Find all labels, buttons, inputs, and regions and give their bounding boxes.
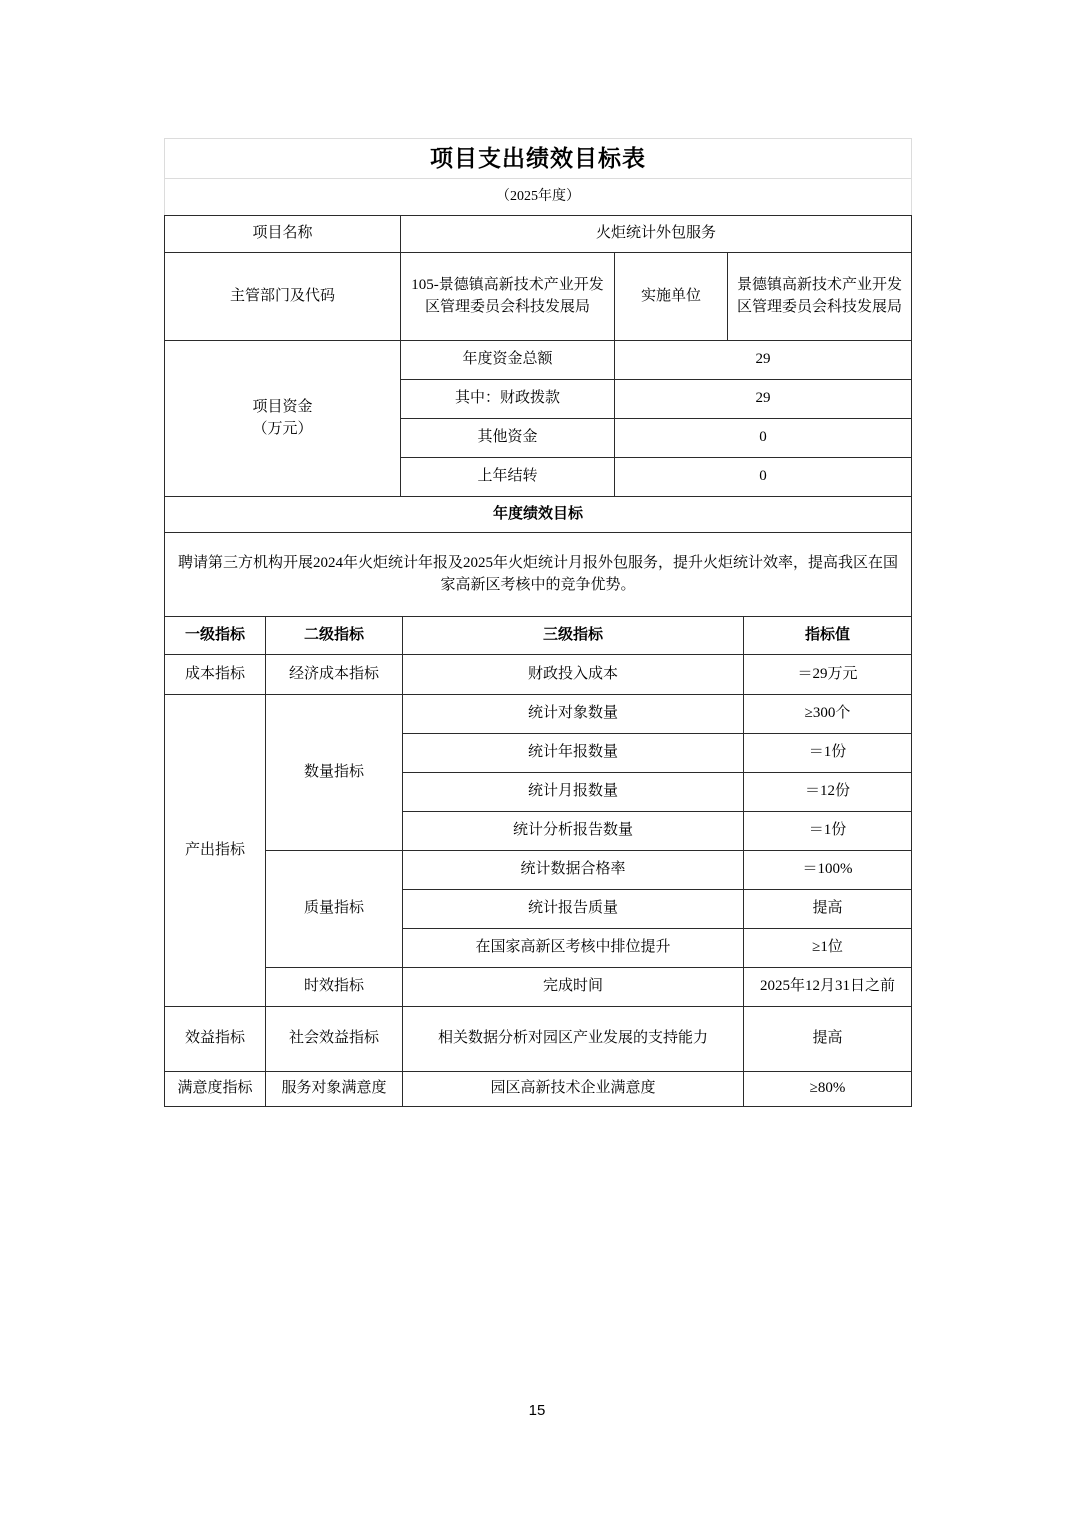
fund-total-label: 年度资金总额: [401, 341, 615, 380]
level2-quantity: 数量指标: [266, 695, 403, 851]
indicator-value: ＝12份: [744, 773, 912, 812]
level2-economic-cost: 经济成本指标: [266, 655, 403, 695]
department-value: 105-景德镇高新技术产业开发区管理委员会科技发展局: [401, 253, 615, 341]
indicator-value: ＝1份: [744, 734, 912, 773]
header-level3: 三级指标: [403, 617, 744, 655]
fund-row-total: 项目资金 （万元） 年度资金总额 29: [165, 341, 912, 380]
indicator-name: 在国家高新区考核中排位提升: [403, 929, 744, 968]
doc-title: 项目支出绩效目标表: [165, 139, 912, 179]
doc-subtitle: （2025年度）: [165, 179, 912, 216]
indicator-row: 产出指标 数量指标 统计对象数量 ≥300个: [165, 695, 912, 734]
indicator-header-row: 一级指标 二级指标 三级指标 指标值: [165, 617, 912, 655]
header-value: 指标值: [744, 617, 912, 655]
indicator-name: 完成时间: [403, 968, 744, 1007]
department-row: 主管部门及代码 105-景德镇高新技术产业开发区管理委员会科技发展局 实施单位 …: [165, 253, 912, 341]
department-label: 主管部门及代码: [165, 253, 401, 341]
fund-fiscal-label: 其中：财政拨款: [401, 380, 615, 419]
indicator-name: 统计月报数量: [403, 773, 744, 812]
implementing-unit-label: 实施单位: [615, 253, 728, 341]
title-block: 项目支出绩效目标表 （2025年度）: [164, 138, 912, 216]
implementing-unit-value: 景德镇高新技术产业开发区管理委员会科技发展局: [728, 253, 912, 341]
indicator-row: 成本指标 经济成本指标 财政投入成本 ＝29万元: [165, 655, 912, 695]
indicator-name: 财政投入成本: [403, 655, 744, 695]
annual-goal-header-row: 年度绩效目标: [165, 497, 912, 533]
indicator-value: ≥300个: [744, 695, 912, 734]
performance-target-sheet: 项目支出绩效目标表 （2025年度） 项目名称 火炬统计外包服务 主管部门及代码…: [164, 138, 911, 1107]
annual-goal-header: 年度绩效目标: [165, 497, 912, 533]
project-name-value: 火炬统计外包服务: [401, 216, 912, 253]
indicator-value: 提高: [744, 1007, 912, 1072]
indicator-name: 统计年报数量: [403, 734, 744, 773]
fund-fiscal-value: 29: [615, 380, 912, 419]
indicator-name: 统计分析报告数量: [403, 812, 744, 851]
indicator-name: 统计数据合格率: [403, 851, 744, 890]
indicator-value: ＝100%: [744, 851, 912, 890]
indicator-value: ≥1位: [744, 929, 912, 968]
annual-goal-text-row: 聘请第三方机构开展2024年火炬统计年报及2025年火炬统计月报外包服务，提升火…: [165, 533, 912, 617]
fund-total-value: 29: [615, 341, 912, 380]
fund-carryover-value: 0: [615, 458, 912, 497]
project-funds-label: 项目资金 （万元）: [165, 341, 401, 497]
project-funds-label-line1: 项目资金: [171, 397, 394, 419]
fund-other-label: 其他资金: [401, 419, 615, 458]
indicator-row: 质量指标 统计数据合格率 ＝100%: [165, 851, 912, 890]
indicator-value: ＝29万元: [744, 655, 912, 695]
level2-quality: 质量指标: [266, 851, 403, 968]
level2-timeliness: 时效指标: [266, 968, 403, 1007]
indicator-row: 效益指标 社会效益指标 相关数据分析对园区产业发展的支持能力 提高: [165, 1007, 912, 1072]
indicator-name: 统计报告质量: [403, 890, 744, 929]
indicator-value: ≥80%: [744, 1072, 912, 1107]
indicator-table: 一级指标 二级指标 三级指标 指标值 成本指标 经济成本指标 财政投入成本 ＝2…: [164, 616, 912, 1107]
header-level1: 一级指标: [165, 617, 266, 655]
level1-satisfaction: 满意度指标: [165, 1072, 266, 1107]
header-level2: 二级指标: [266, 617, 403, 655]
indicator-value: ＝1份: [744, 812, 912, 851]
indicator-value: 2025年12月31日之前: [744, 968, 912, 1007]
page-number: 15: [0, 1402, 1074, 1419]
level1-output: 产出指标: [165, 695, 266, 1007]
indicator-name: 相关数据分析对园区产业发展的支持能力: [403, 1007, 744, 1072]
project-name-label: 项目名称: [165, 216, 401, 253]
level1-benefit: 效益指标: [165, 1007, 266, 1072]
indicator-row: 时效指标 完成时间 2025年12月31日之前: [165, 968, 912, 1007]
indicator-name: 园区高新技术企业满意度: [403, 1072, 744, 1107]
indicator-row: 满意度指标 服务对象满意度 园区高新技术企业满意度 ≥80%: [165, 1072, 912, 1107]
project-name-row: 项目名称 火炬统计外包服务: [165, 216, 912, 253]
project-funds-label-line2: （万元）: [171, 419, 394, 441]
indicator-name: 统计对象数量: [403, 695, 744, 734]
fund-other-value: 0: [615, 419, 912, 458]
level2-service-satisfaction: 服务对象满意度: [266, 1072, 403, 1107]
indicator-value: 提高: [744, 890, 912, 929]
level1-cost: 成本指标: [165, 655, 266, 695]
annual-goal-text: 聘请第三方机构开展2024年火炬统计年报及2025年火炬统计月报外包服务，提升火…: [165, 533, 912, 617]
level2-social-benefit: 社会效益指标: [266, 1007, 403, 1072]
project-info-table: 项目名称 火炬统计外包服务 主管部门及代码 105-景德镇高新技术产业开发区管理…: [164, 215, 912, 617]
fund-carryover-label: 上年结转: [401, 458, 615, 497]
